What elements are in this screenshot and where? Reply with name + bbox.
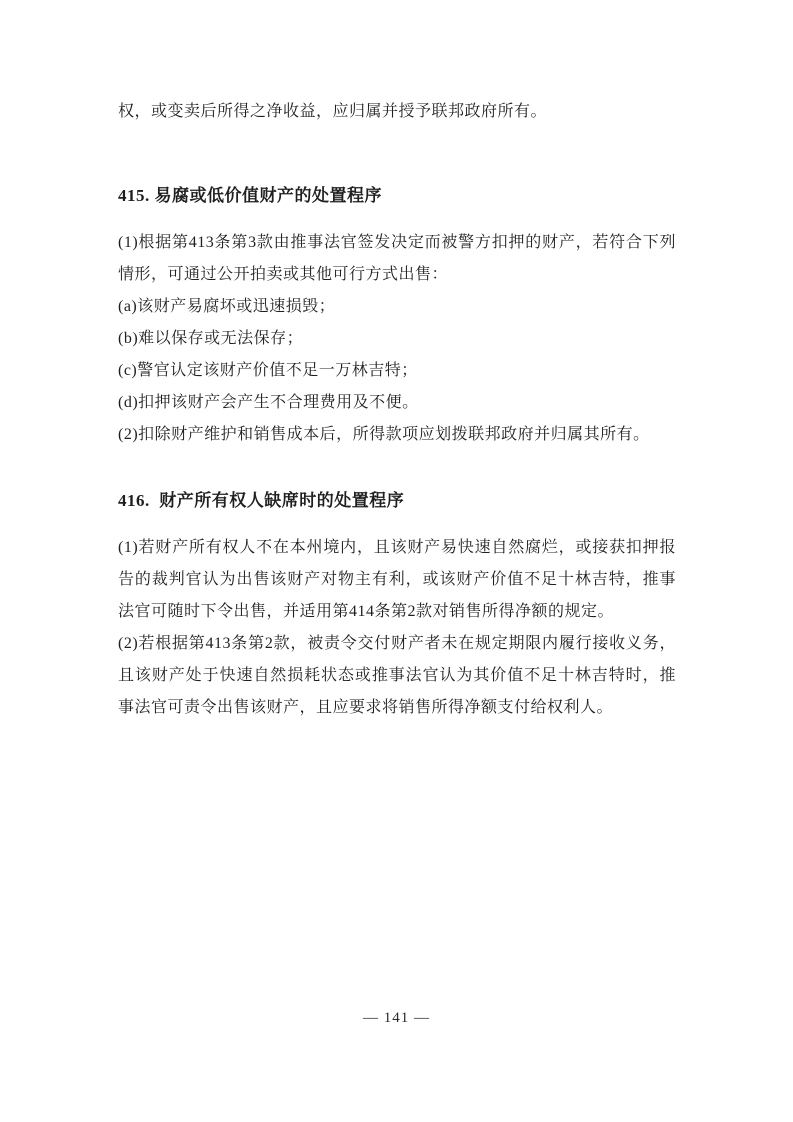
document-page: 权，或变卖后所得之净收益，应归属并授予联邦政府所有。 415. 易腐或低价值财产… <box>0 0 793 1122</box>
section-415-item-a: (a)该财产易腐坏或迅速损毁； <box>118 291 676 323</box>
section-416-paragraph-1: (1)若财产所有权人不在本州境内，且该财产易快速自然腐烂，或接获扣押报告的裁判官… <box>118 532 676 628</box>
section-415-item-b: (b)难以保存或无法保存； <box>118 323 676 355</box>
section-415-heading: 415. 易腐或低价值财产的处置程序 <box>118 184 676 208</box>
page-content: 权，或变卖后所得之净收益，应归属并授予联邦政府所有。 415. 易腐或低价值财产… <box>118 0 676 724</box>
section-416-heading: 416. 财产所有权人缺席时的处置程序 <box>118 489 676 513</box>
section-415-paragraph-1: (1)根据第413条第3款由推事法官签发决定而被警方扣押的财产，若符合下列情形，… <box>118 227 676 291</box>
section-415-item-c: (c)警官认定该财产价值不足一万林吉特； <box>118 355 676 387</box>
intro-paragraph: 权，或变卖后所得之净收益，应归属并授予联邦政府所有。 <box>118 96 676 128</box>
section-416-paragraph-2: (2)若根据第413条第2款，被责令交付财产者未在规定期限内履行接收义务，且该财… <box>118 628 676 724</box>
section-415-paragraph-2: (2)扣除财产维护和销售成本后，所得款项应划拨联邦政府并归属其所有。 <box>118 419 676 451</box>
page-number: — 141 — <box>0 1008 793 1028</box>
section-415-item-d: (d)扣押该财产会产生不合理费用及不便。 <box>118 387 676 419</box>
